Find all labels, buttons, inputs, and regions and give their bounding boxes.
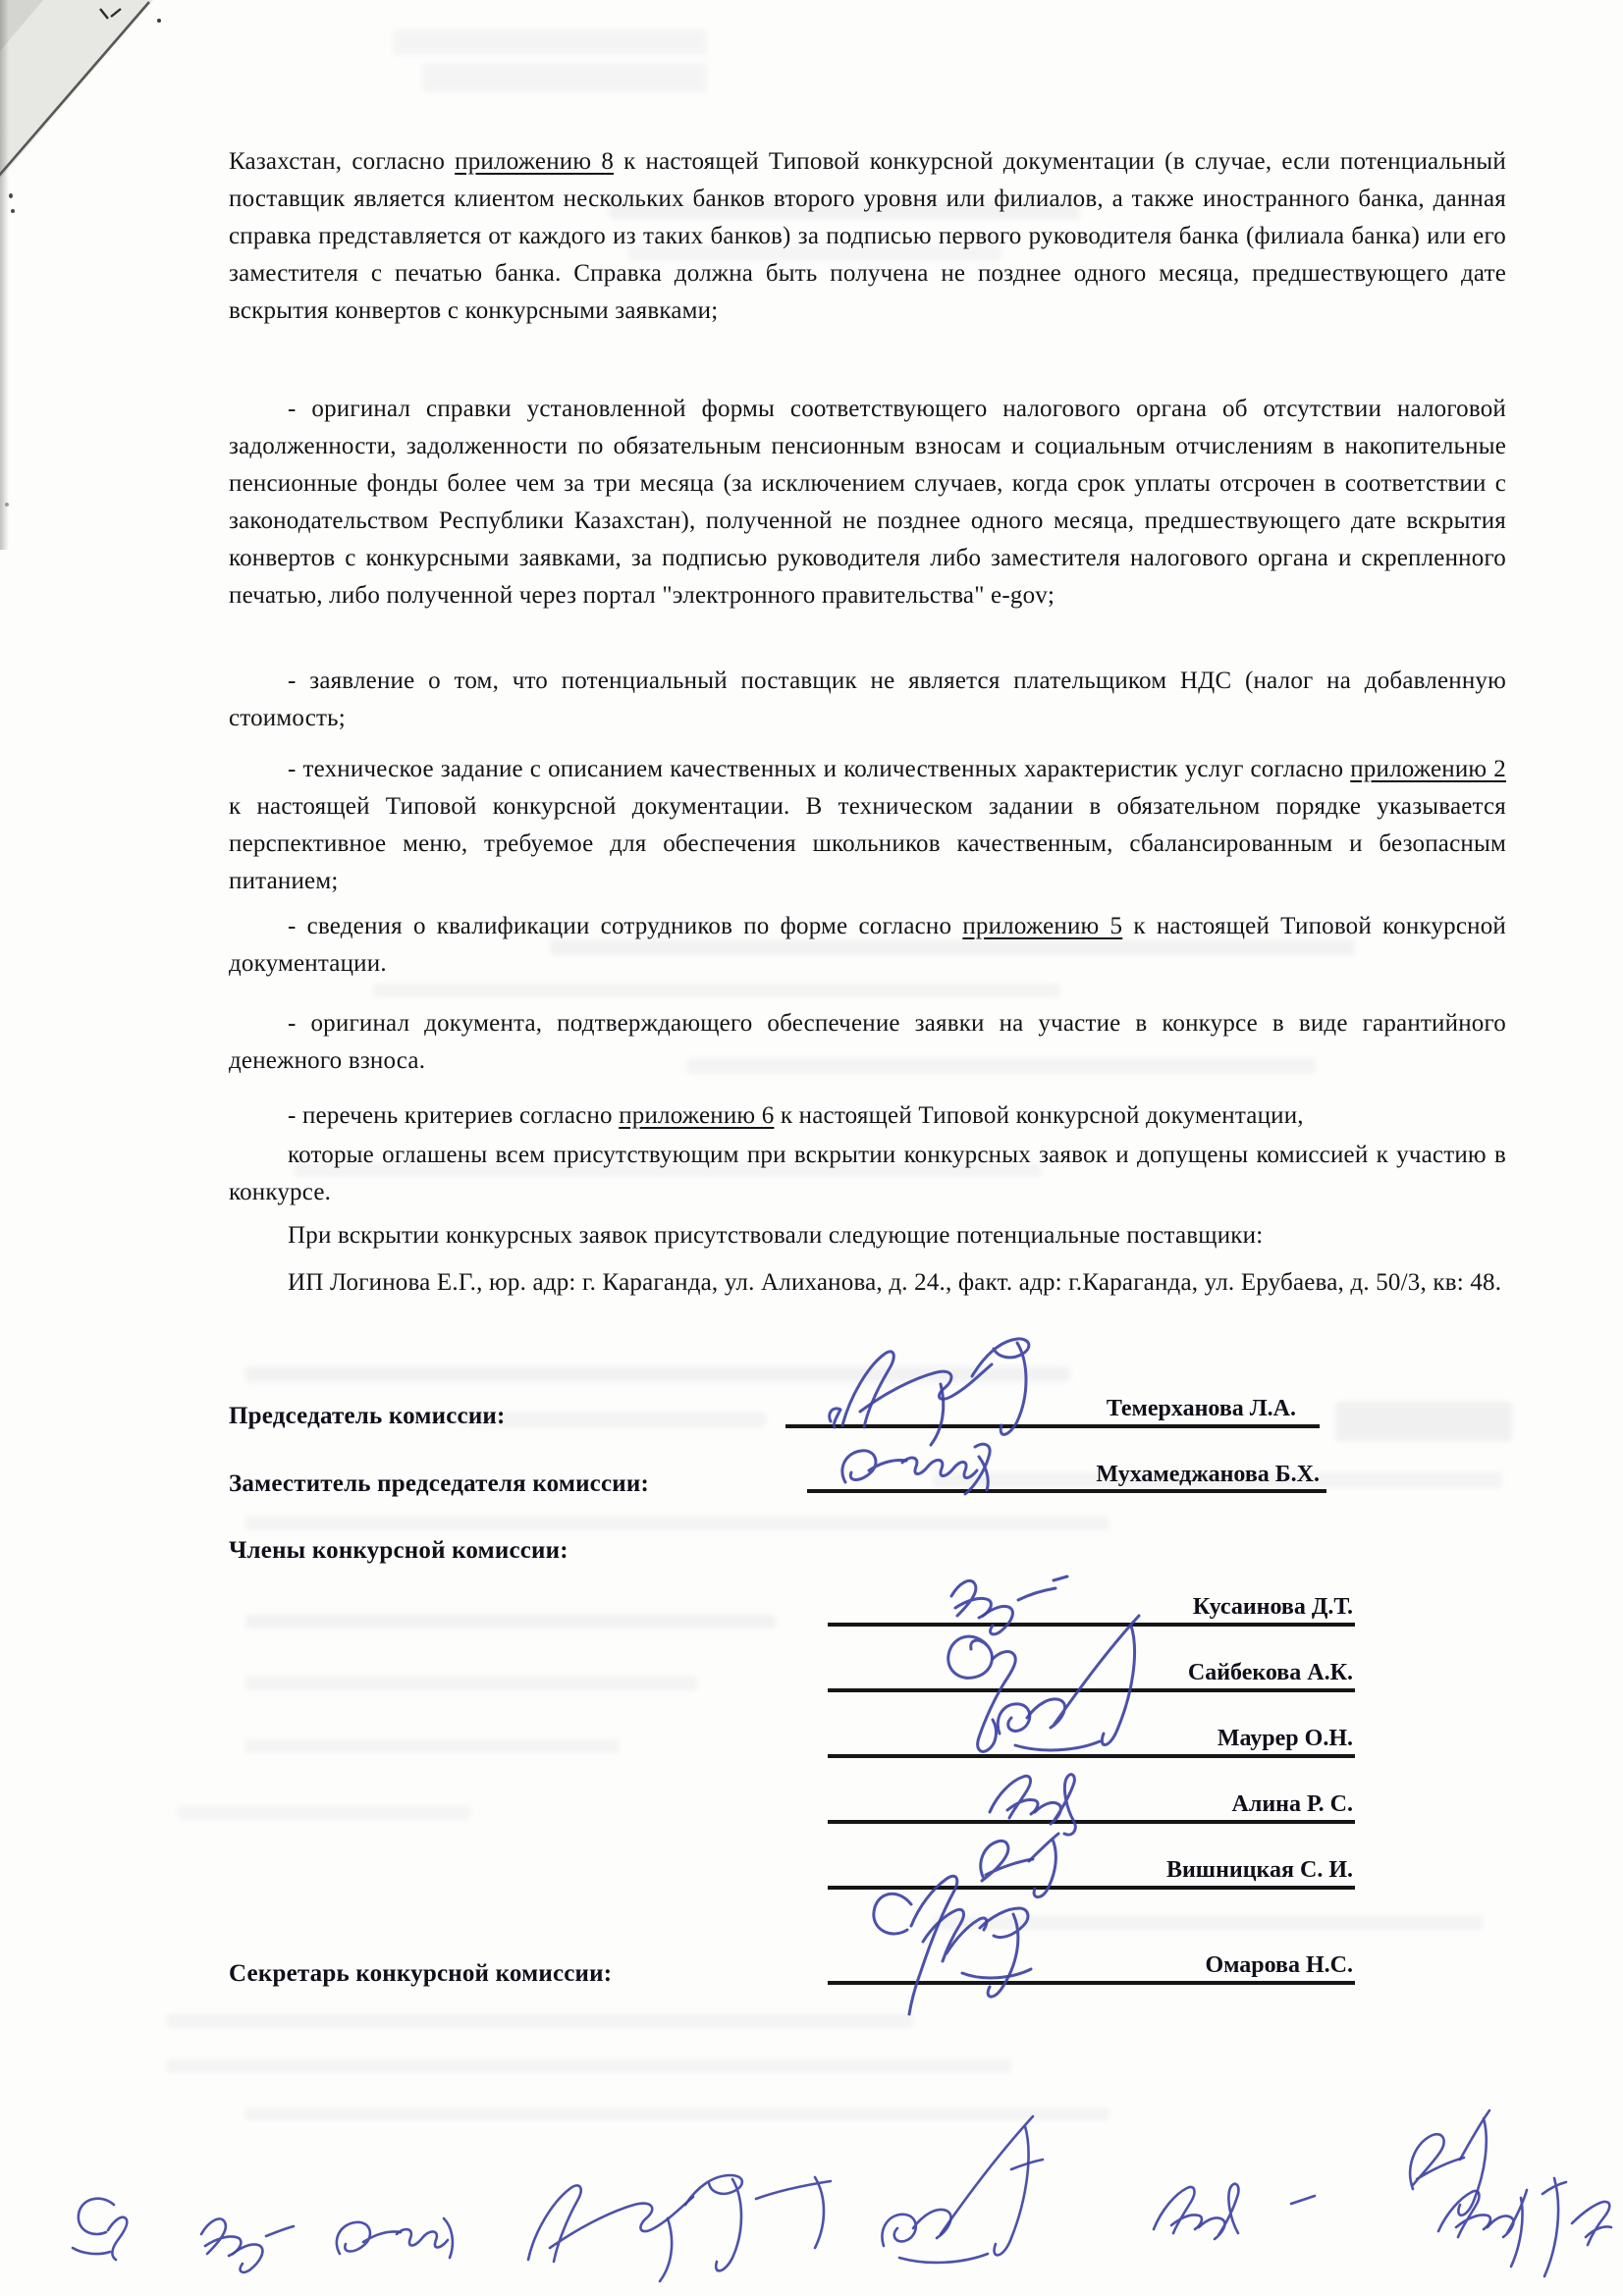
bleed-through-artifact [461,1412,766,1427]
signature-ink-bottom-8 [1429,2174,1623,2296]
label-chairman: Председатель комиссии: [229,1403,506,1430]
paragraph-supplier-address: ИП Логинова Е.Г., юр. адр: г. Караганда,… [229,1264,1506,1302]
label-deputy-chairman: Заместитель председателя комиссии: [229,1470,649,1498]
paragraph-technical-task: - техническое задание с описанием качест… [229,751,1506,900]
bleed-through-artifact [1335,1402,1512,1441]
paragraph-tax-certificate: - оригинал справки установленной формы с… [229,391,1506,614]
paragraph-bid-security: - оригинал документа, подтверждающего об… [229,1005,1506,1080]
signature-ink-bottom-4 [520,2169,874,2287]
signature-ink-bottom-2 [182,2207,299,2280]
bleed-through-artifact [245,1677,697,1690]
scan-edge-shadow [0,0,9,550]
bleed-through-artifact [245,1517,1109,1530]
paragraph-vat-statement: - заявление о том, что потенциальный пос… [229,663,1506,737]
bleed-through-artifact [167,2059,1011,2073]
paragraph-bank-certificate: Казахстан, согласно приложению 8 к насто… [229,143,1506,330]
bleed-through-artifact [167,2014,913,2028]
signature-ink-secretary [864,1865,1109,2032]
bleed-through-artifact [245,1739,619,1753]
paragraph-criteria-list: - перечень критериев согласно приложению… [229,1097,1506,1135]
signature-ink-bottom-6 [1144,2174,1340,2253]
scan-speck [5,503,9,507]
bleed-through-artifact [393,29,707,55]
signature-ink-chairman [825,1333,1109,1451]
bleed-through-artifact [422,63,707,92]
label-secretary: Секретарь конкурсной комиссии: [229,1960,612,1988]
signature-ink-member-3 [982,1608,1178,1775]
signature-ink-bottom-5 [864,2110,1080,2287]
bleed-through-artifact [245,1615,776,1629]
paragraph-staff-qualification: - сведения о квалификации сотрудников по… [229,908,1506,983]
paragraph-suppliers-present: При вскрытии конкурсных заявок присутств… [229,1217,1506,1255]
bleed-through-artifact [177,1806,471,1820]
signature-ink-bottom-3 [324,2211,461,2279]
label-commission-members: Члены конкурсной комиссии: [229,1537,568,1565]
signature-ink-deputy [830,1435,1026,1506]
scanned-document-page: Казахстан, согласно приложению 8 к насто… [0,0,1623,2296]
bleed-through-artifact [373,984,1060,997]
signature-ink-bottom-1 [63,2185,151,2269]
paragraph-announced: которые оглашены всем присутствующим при… [229,1137,1506,1211]
page-fold-corner [0,0,216,216]
scan-speck [9,193,13,198]
scan-speck [11,209,15,213]
